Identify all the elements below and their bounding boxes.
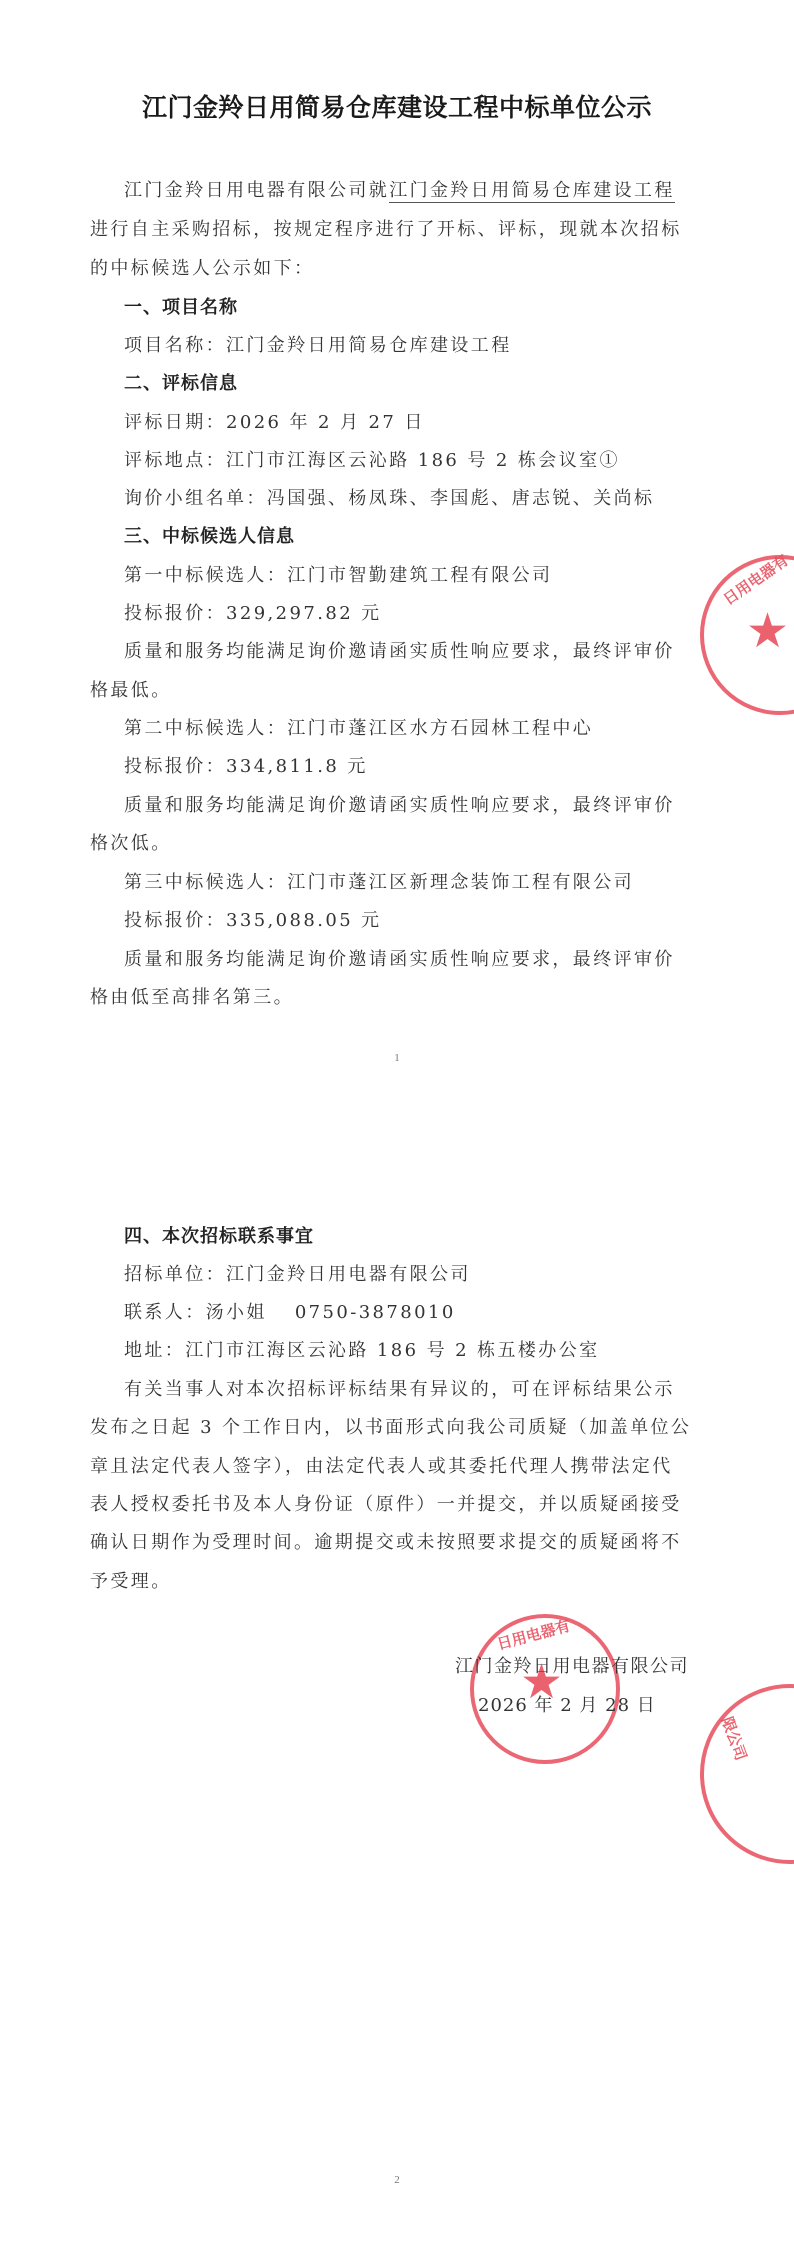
contact-person: 联系人：汤小姐 — [124, 1302, 267, 1323]
tenderer: 招标单位：江门金羚日用电器有限公司 — [124, 1260, 471, 1286]
company-seal: ★ 日用电器有 — [470, 1614, 620, 1764]
candidate-2-name: 第二中标候选人：江门市蓬江区水方石园林工程中心 — [124, 714, 593, 740]
candidate-3-name: 第三中标候选人：江门市蓬江区新理念装饰工程有限公司 — [124, 868, 634, 894]
candidate-2-remark-cont: 格次低。 — [90, 829, 172, 855]
company-seal-seam-2: 限公司 — [700, 1684, 794, 1864]
seal-text: 日用电器有 — [719, 549, 792, 609]
intro-line-2: 进行自主采购招标，按规定程序进行了开标、评标，现就本次招标 — [90, 215, 682, 241]
intro-project-name: 江门金羚日用简易仓库建设工程 — [389, 180, 675, 203]
section-3-heading: 三、中标候选人信息 — [124, 522, 295, 548]
objection-line-5: 确认日期作为受理时间。逾期提交或未按照要求提交的质疑函将不 — [90, 1528, 682, 1554]
evaluation-panel: 询价小组名单：冯国强、杨凤珠、李国彪、唐志锐、关尚标 — [124, 484, 654, 510]
candidate-3-bid: 投标报价：335,088.05 元 — [124, 906, 382, 932]
candidate-3-remark-cont: 格由低至高排名第三。 — [90, 983, 294, 1009]
candidate-1-name: 第一中标候选人：江门市智勤建筑工程有限公司 — [124, 561, 552, 587]
company-seal-seam: ★ 日用电器有 — [700, 555, 794, 715]
evaluation-date: 评标日期：2026 年 2 月 27 日 — [124, 408, 425, 434]
intro-line-3: 的中标候选人公示如下： — [90, 254, 314, 280]
objection-line-2: 发布之日起 3 个工作日内，以书面形式向我公司质疑（加盖单位公 — [90, 1413, 691, 1439]
candidate-1-remark: 质量和服务均能满足询价邀请函实质性响应要求，最终评审价 — [124, 637, 675, 663]
section-1-heading: 一、项目名称 — [124, 293, 238, 319]
page-2: 四、本次招标联系事宜 招标单位：江门金羚日用电器有限公司 联系人：汤小姐0750… — [0, 1122, 794, 2244]
seal-text-top: 日用电器有 — [495, 1615, 573, 1655]
address: 地址：江门市江海区云沁路 186 号 2 栋五楼办公室 — [124, 1336, 600, 1362]
objection-line-3: 章且法定代表人签字），由法定代表人或其委托代理人携带法定代 — [90, 1452, 673, 1478]
objection-line-4: 表人授权委托书及本人身份证（原件）一并提交，并以质疑函接受 — [90, 1490, 682, 1516]
objection-line-1: 有关当事人对本次招标评标结果有异议的，可在评标结果公示 — [124, 1375, 675, 1401]
seal-text-partial: 限公司 — [717, 1714, 752, 1763]
contact-phone: 0750-3878010 — [295, 1302, 456, 1323]
page-1: 江门金羚日用简易仓库建设工程中标单位公示 江门金羚日用电器有限公司就江门金羚日用… — [0, 0, 794, 1122]
document-title: 江门金羚日用简易仓库建设工程中标单位公示 — [0, 88, 794, 124]
candidate-1-bid: 投标报价：329,297.82 元 — [124, 599, 382, 625]
intro-prefix: 江门金羚日用电器有限公司就 — [124, 180, 389, 201]
page-number-2: 2 — [0, 2174, 794, 2186]
section-2-heading: 二、评标信息 — [124, 369, 238, 395]
section-4-heading: 四、本次招标联系事宜 — [124, 1222, 314, 1248]
candidate-2-remark: 质量和服务均能满足询价邀请函实质性响应要求，最终评审价 — [124, 791, 675, 817]
evaluation-location: 评标地点：江门市江海区云沁路 186 号 2 栋会议室① — [124, 446, 620, 472]
candidate-2-bid: 投标报价：334,811.8 元 — [124, 752, 368, 778]
seal-star-icon: ★ — [746, 607, 789, 655]
candidate-1-remark-cont: 格最低。 — [90, 676, 172, 702]
objection-line-6: 予受理。 — [90, 1567, 172, 1593]
intro-line-1: 江门金羚日用电器有限公司就江门金羚日用简易仓库建设工程 — [124, 176, 675, 202]
contact-line: 联系人：汤小姐0750-3878010 — [124, 1298, 456, 1324]
signature-company: 江门金羚日用电器有限公司 — [455, 1652, 689, 1678]
page-number-1: 1 — [0, 1052, 794, 1064]
signature-date: 2026 年 2 月 28 日 — [478, 1691, 656, 1717]
candidate-3-remark: 质量和服务均能满足询价邀请函实质性响应要求，最终评审价 — [124, 945, 675, 971]
project-name: 项目名称：江门金羚日用简易仓库建设工程 — [124, 331, 512, 357]
